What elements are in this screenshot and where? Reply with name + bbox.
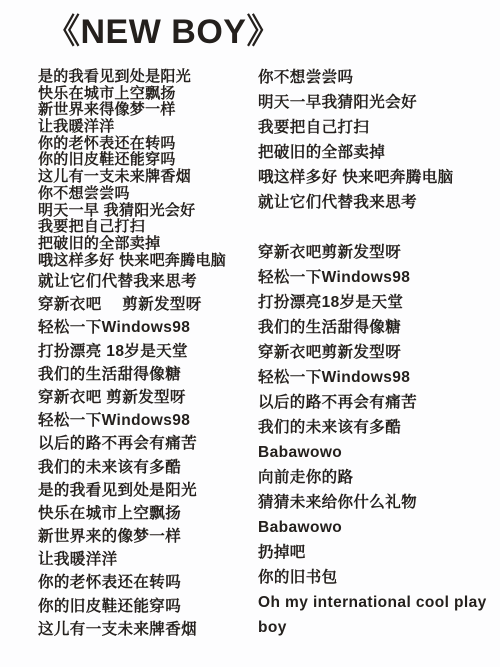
lyric-line: 打扮漂亮 18岁是天堂 — [38, 340, 202, 363]
lyric-line: 我们的生活甜得像糖 — [258, 315, 487, 340]
lyric-line: 明天一早 我猜阳光会好 — [38, 203, 226, 220]
lyric-line: 向前走你的路 — [258, 465, 487, 490]
lyrics-page: 《NEW BOY》 是的我看见到处是阳光快乐在城市上空飘扬新世界来得像梦一样让我… — [0, 0, 500, 667]
lyric-line: 让我暖洋洋 — [38, 548, 202, 571]
lyric-line: 轻松一下Windows98 — [38, 316, 202, 339]
song-title: 《NEW BOY》 — [46, 12, 281, 52]
lyric-line: 这儿有一支未来牌香烟 — [38, 169, 226, 186]
lyric-line: 就让它们代替我来思考 — [258, 190, 487, 215]
lyric-line: 你的老怀表还在转吗 — [38, 571, 202, 594]
lyric-line: 穿新衣吧剪新发型呀 — [258, 240, 487, 265]
lyric-line: 打扮漂亮18岁是天堂 — [258, 290, 487, 315]
lyric-line: 这儿有一支未来牌香烟 — [38, 618, 202, 641]
lyric-line: 你的老怀表还在转吗 — [38, 136, 226, 153]
lyric-line: Babawowo — [258, 515, 487, 540]
lyric-line: 以后的路不再会有痛苦 — [258, 390, 487, 415]
lyric-line: 哦这样多好 快来吧奔腾电脑 — [258, 165, 487, 190]
lyric-line: 你不想尝尝吗 — [258, 65, 487, 90]
lyric-line: 穿新衣吧 剪新发型呀 — [38, 386, 202, 409]
lyric-line: 你的旧皮鞋还能穿吗 — [38, 595, 202, 618]
right-column-verse: 你不想尝尝吗明天一早我猜阳光会好我要把自己打扫把破旧的全部卖掉哦这样多好 快来吧… — [258, 65, 487, 640]
lyric-line: 是的我看见到处是阳光 — [38, 479, 202, 502]
lyric-line: 把破旧的全部卖掉 — [38, 236, 226, 253]
lyric-line: 哦这样多好 快来吧奔腾电脑 — [38, 253, 226, 270]
lyric-line: 明天一早我猜阳光会好 — [258, 90, 487, 115]
left-column-verse-2: 就让它们代替我来思考穿新衣吧 剪新发型呀轻松一下Windows98打扮漂亮 18… — [38, 270, 202, 641]
lyric-line: 把破旧的全部卖掉 — [258, 140, 487, 165]
lyric-line: 你的旧书包 — [258, 565, 487, 590]
lyric-line: 就让它们代替我来思考 — [38, 270, 202, 293]
lyric-line: 轻松一下Windows98 — [258, 365, 487, 390]
lyric-line: boy — [258, 615, 487, 640]
lyric-line: 轻松一下Windows98 — [258, 265, 487, 290]
lyric-line: 我要把自己打扫 — [258, 115, 487, 140]
lyric-line: 是的我看见到处是阳光 — [38, 69, 226, 86]
lyric-line: 穿新衣吧剪新发型呀 — [258, 340, 487, 365]
lyric-line: 轻松一下Windows98 — [38, 409, 202, 432]
lyric-line: 穿新衣吧 剪新发型呀 — [38, 293, 202, 316]
lyric-line: 你不想尝尝吗 — [38, 186, 226, 203]
lyric-line: 我们的未来该有多酷 — [38, 456, 202, 479]
left-column-verse-1: 是的我看见到处是阳光快乐在城市上空飘扬新世界来得像梦一样让我暖洋洋你的老怀表还在… — [38, 69, 226, 269]
lyric-line: 你的旧皮鞋还能穿吗 — [38, 152, 226, 169]
lyric-line: Babawowo — [258, 440, 487, 465]
lyric-line: 快乐在城市上空飘扬 — [38, 502, 202, 525]
lyric-line: 快乐在城市上空飘扬 — [38, 86, 226, 103]
lyric-line: 我们的未来该有多酷 — [258, 415, 487, 440]
lyric-line: 我们的生活甜得像糖 — [38, 363, 202, 386]
lyric-line: Oh my international cool play — [258, 590, 487, 615]
lyric-line: 让我暖洋洋 — [38, 119, 226, 136]
lyric-line — [258, 215, 487, 240]
lyric-line: 新世界来的像梦一样 — [38, 525, 202, 548]
lyric-line: 以后的路不再会有痛苦 — [38, 432, 202, 455]
lyric-line: 新世界来得像梦一样 — [38, 102, 226, 119]
lyric-line: 扔掉吧 — [258, 540, 487, 565]
lyric-line: 猜猜未来给你什么礼物 — [258, 490, 487, 515]
lyric-line: 我要把自己打扫 — [38, 219, 226, 236]
